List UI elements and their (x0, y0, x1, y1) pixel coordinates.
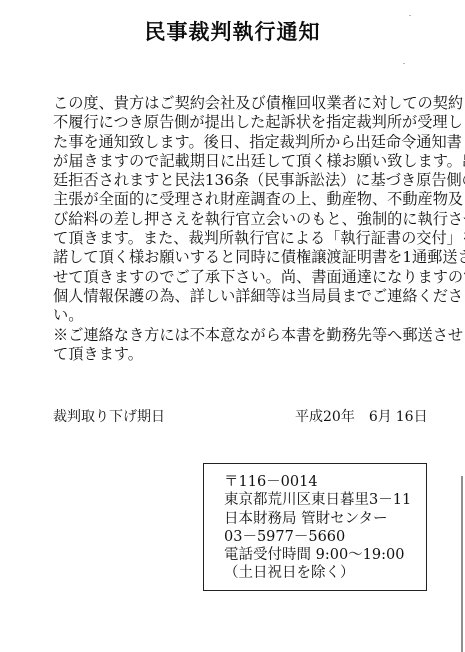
deadline-label: 裁判取り下げ期日 (53, 406, 165, 426)
scan-edge-line (461, 476, 463, 652)
body-line: 廷拒否されますと民法136条（民事訴訟法）に基づき原告側の (53, 171, 453, 190)
body-line: び給料の差し押さえを執行官立会いのもと、強制的に執行させ (53, 210, 453, 229)
body-line: た事を通知致します。後日、指定裁判所から出廷命令通知書 (53, 133, 453, 152)
body-line: が届きますので記載期日に出廷して頂く様お願い致します。出 (53, 152, 453, 171)
body-line: て頂きます。また、裁判所執行官による「執行証書の交付」を承 (53, 229, 453, 248)
body-line: この度、貴方はご契約会社及び債権回収業者に対しての契約 (53, 94, 453, 113)
document-page: 民事裁判執行通知 この度、貴方はご契約会社及び債権回収業者に対しての契約 不履行… (0, 0, 465, 652)
deadline-date: 平成20年6月16日 (295, 406, 428, 426)
body-line: 諾して頂く様お願いすると同時に債権譲渡証明書を1通郵送さ (53, 248, 453, 267)
deadline-year: 平成20年 (295, 406, 355, 426)
scan-speck (409, 15, 411, 16)
body-line: 不履行につき原告側が提出した起訴状を指定裁判所が受理し (53, 113, 453, 132)
reception-hours-note: （土日祝日を除く） (224, 564, 411, 582)
body-line: 主張が全面的に受理され財産調査の上、動産物、不動産物及 (53, 190, 453, 209)
scan-speck (403, 63, 405, 64)
body-line-note: ※ご連絡なき方には不本意ながら本書を勤務先等へ郵送させ (53, 326, 453, 345)
reception-hours: 電話受付時間 9:00〜19:00 (224, 546, 411, 564)
body-line: 個人情報保護の為、詳しい詳細等は当局員までご連絡くださ (53, 287, 453, 306)
body-line: せて頂きますのでご了承下さい。尚、書面通達になりますので (53, 268, 453, 287)
address: 東京都荒川区東日暮里3－11 (224, 491, 411, 509)
body-line: い。 (53, 306, 453, 325)
phone-number: 03－5977－5660 (224, 528, 411, 546)
postal-code: 〒116－0014 (224, 473, 411, 491)
organization-name: 日本財務局 管財センター (224, 510, 411, 528)
deadline-day: 16日 (396, 406, 428, 426)
body-line-note: て頂きます。 (53, 345, 453, 364)
deadline-month: 6月 (369, 406, 392, 426)
document-title: 民事裁判執行通知 (0, 16, 465, 46)
contact-details: 〒116－0014 東京都荒川区東日暮里3－11 日本財務局 管財センター 03… (224, 473, 411, 583)
contact-box: 〒116－0014 東京都荒川区東日暮里3－11 日本財務局 管財センター 03… (203, 463, 427, 591)
notice-body: この度、貴方はご契約会社及び債権回収業者に対しての契約 不履行につき原告側が提出… (53, 94, 453, 364)
